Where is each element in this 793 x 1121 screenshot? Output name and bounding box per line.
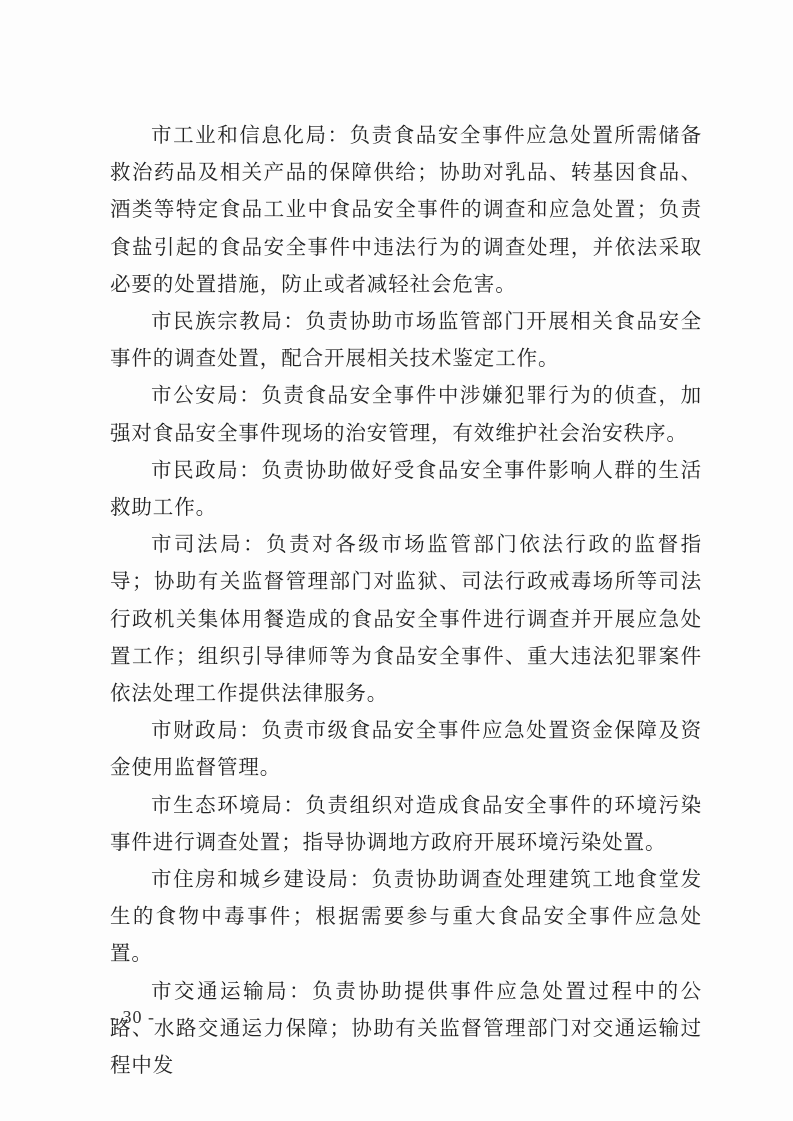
paragraph-housing-construction-bureau: 市住房和城乡建设局：负责协助调查处理建筑工地食堂发生的食物中毒事件；根据需要参与… xyxy=(110,861,702,973)
paragraph-industry-it-bureau: 市工业和信息化局：负责食品安全事件应急处置所需储备救治药品及相关产品的保障供给；… xyxy=(110,117,702,303)
paragraph-civil-affairs-bureau: 市民政局：负责协助做好受食品安全事件影响人群的生活救助工作。 xyxy=(110,452,702,526)
paragraph-public-security-bureau: 市公安局：负责食品安全事件中涉嫌犯罪行为的侦查，加强对食品安全事件现场的治安管理… xyxy=(110,377,702,451)
paragraph-transport-bureau: 市交通运输局：负责协助提供事件应急处置过程中的公路、水路交通运力保障；协助有关监… xyxy=(110,973,702,1085)
document-body: 市工业和信息化局：负责食品安全事件应急处置所需储备救治药品及相关产品的保障供给；… xyxy=(110,117,702,1084)
paragraph-ethnic-religious-bureau: 市民族宗教局：负责协助市场监管部门开展相关食品安全事件的调查处置，配合开展相关技… xyxy=(110,303,702,377)
page-number: - 30 - xyxy=(110,1007,155,1028)
paragraph-ecology-environment-bureau: 市生态环境局：负责组织对造成食品安全事件的环境污染事件进行调查处置；指导协调地方… xyxy=(110,787,702,861)
paragraph-finance-bureau: 市财政局：负责市级食品安全事件应急处置资金保障及资金使用监督管理。 xyxy=(110,712,702,786)
paragraph-justice-bureau: 市司法局：负责对各级市场监管部门依法行政的监督指导；协助有关监督管理部门对监狱、… xyxy=(110,526,702,712)
